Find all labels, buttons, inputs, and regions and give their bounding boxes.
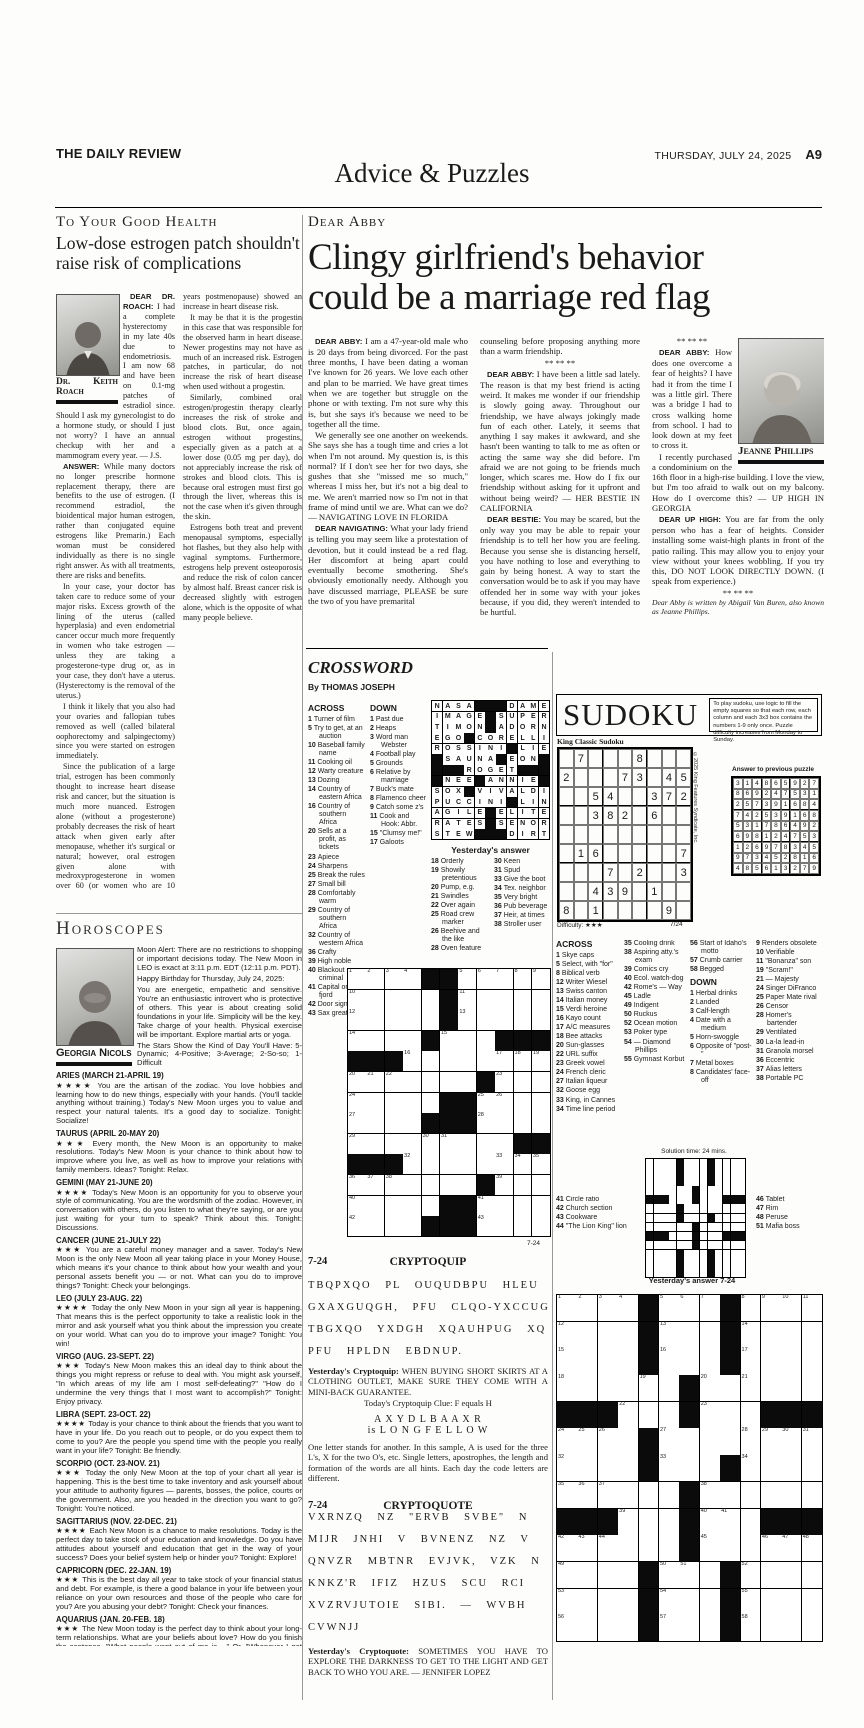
- answer-cell: A: [496, 722, 506, 732]
- column-divider-right: [552, 652, 553, 1700]
- puzzle-cell: [366, 1154, 384, 1174]
- paragraph: In your case, your doctor has taken care…: [56, 582, 175, 701]
- clue-item: 7 Metal boxes: [690, 1060, 752, 1068]
- sudoku-cell: [574, 882, 589, 901]
- puzzle-cell: [677, 1250, 684, 1259]
- sudoku-copyright: ©2025 King Features Syndicate, Inc.: [692, 752, 698, 912]
- answer-cell: E: [464, 776, 474, 786]
- puzzle-cell: [654, 1204, 661, 1213]
- answer-cell: [528, 765, 538, 775]
- sudoku-date: 7/24: [670, 921, 683, 928]
- puzzle-cell: [692, 1168, 699, 1177]
- clue-item: 8 Flamenco cheer: [370, 795, 427, 803]
- answer-cell: R: [432, 819, 442, 829]
- answer-cell: L: [518, 797, 528, 807]
- puzzle-cell: 33: [659, 1455, 679, 1481]
- puzzle-cell: 37: [598, 1482, 618, 1508]
- answer-cell: U: [507, 712, 517, 722]
- answer-cell: N: [496, 776, 506, 786]
- puzzle-cell: 3: [598, 1295, 618, 1321]
- puzzle-cell: [577, 1455, 597, 1481]
- sudoku-cell: 6: [809, 853, 819, 864]
- sudoku-cell: 9: [752, 789, 762, 800]
- clue-item: 11 "Bonanza" son: [756, 958, 822, 966]
- answer-cell: E: [432, 733, 442, 743]
- puzzle-cell: 25: [577, 1428, 597, 1454]
- puzzle-cell: 35: [557, 1482, 577, 1508]
- puzzle-cell: [679, 1589, 699, 1615]
- puzzle-cell: 19: [532, 1051, 550, 1071]
- puzzle-cell: [700, 1241, 707, 1250]
- sudoku-cell: 9: [618, 882, 633, 901]
- puzzle-cell: [598, 1562, 618, 1588]
- puzzle-cell: [646, 1168, 653, 1177]
- horoscope-sign-text: ★★★ Every month, the New Moon is an oppo…: [56, 1140, 302, 1176]
- sudoku-cell: [603, 825, 618, 844]
- answer-cell: I: [528, 797, 538, 807]
- puzzle-cell: [715, 1159, 722, 1168]
- puzzle-cell: 20: [348, 1072, 366, 1092]
- answer-cell: [453, 765, 463, 775]
- puzzle-cell: [661, 1232, 668, 1241]
- puzzle-cell: [598, 1402, 618, 1428]
- sudoku-cell: [647, 901, 662, 920]
- puzzle-cell: [639, 1322, 659, 1348]
- puzzle-cell: 7: [495, 969, 513, 989]
- puzzle-cell: 21: [366, 1072, 384, 1092]
- clue-item: 11 Cooking oil: [308, 759, 365, 767]
- puzzle-cell: [781, 1509, 801, 1535]
- puzzle-cell: [577, 1509, 597, 1535]
- cipher-line: CVWNJJ: [308, 1622, 548, 1633]
- puzzle-cell: [738, 1259, 745, 1268]
- puzzle-cell: [440, 1154, 458, 1174]
- sudoku-cell: 2: [800, 778, 810, 789]
- puzzle-cell: [708, 1232, 715, 1241]
- clue-item: 14 Country of eastern Africa: [308, 786, 365, 802]
- clue-item: 56 Start of Idaho's motto: [690, 940, 752, 956]
- sheffer-down-col5: 41 Circle ratio42 Church section43 Cookw…: [556, 1196, 636, 1288]
- puzzle-cell: [348, 1154, 366, 1174]
- horoscope-sign-name: SCORPIO (OCT. 23-NOV. 21): [56, 1459, 302, 1468]
- clue-item: 23 Apiece: [308, 854, 365, 862]
- sudoku-cell: 3: [752, 853, 762, 864]
- puzzle-cell: [422, 969, 440, 989]
- puzzle-cell: [661, 1241, 668, 1250]
- sudoku-cell: 2: [743, 842, 753, 853]
- clue-item: 33 King, in Cannes: [556, 1097, 618, 1105]
- puzzle-cell: [684, 1195, 691, 1204]
- puzzle-cell: 45: [700, 1535, 720, 1561]
- puzzle-cell: 52: [741, 1562, 761, 1588]
- sudoku-cell: 3: [790, 842, 800, 853]
- clue-item: 41 Circle ratio: [556, 1196, 636, 1204]
- answer-cell: S: [432, 787, 442, 797]
- puzzle-cell: 5: [458, 969, 476, 989]
- puzzle-cell: [669, 1232, 676, 1241]
- sudoku-cell: [647, 768, 662, 787]
- sudoku-cell: [647, 749, 662, 768]
- sudoku-cell: 9: [781, 810, 791, 821]
- dr-roach-caption: Dr. Keith Roach: [56, 378, 118, 398]
- sudoku-cell: 8: [800, 799, 810, 810]
- puzzle-cell: 17: [495, 1051, 513, 1071]
- puzzle-cell: [761, 1455, 781, 1481]
- cryptoquip-lines: TBQPXQO PL OUQUDBPU HLEUGXAXGUQGH, PFU C…: [308, 1280, 548, 1368]
- puzzle-cell: 31: [440, 1134, 458, 1154]
- puzzle-cell: [598, 1509, 618, 1535]
- sudoku-cell: 5: [781, 778, 791, 789]
- dr-roach-photo: [56, 294, 120, 376]
- puzzle-cell: [669, 1223, 676, 1232]
- puzzle-cell: [577, 1348, 597, 1374]
- puzzle-cell: [669, 1259, 676, 1268]
- sudoku-cell: [676, 749, 691, 768]
- answer-cell: I: [496, 797, 506, 807]
- yesterday-caption-text: Yesterday's answer: [649, 1276, 718, 1285]
- sudoku-cell: 1: [743, 778, 753, 789]
- clue-item: 36 Eccentric: [756, 1057, 822, 1065]
- puzzle-cell: [679, 1455, 699, 1481]
- puzzle-cell: 8: [514, 969, 532, 989]
- cryptoquip-title: CRYPTOQUIP: [390, 1256, 467, 1268]
- answer-cell: T: [432, 722, 442, 732]
- sudoku-cell: 8: [559, 901, 574, 920]
- puzzle-cell: [532, 1010, 550, 1030]
- puzzle-cell: 36: [577, 1482, 597, 1508]
- puzzle-cell: [802, 1455, 822, 1481]
- answer-cell: G: [464, 712, 474, 722]
- sudoku-cell: 9: [809, 863, 819, 874]
- puzzle-cell: [731, 1241, 738, 1250]
- sudoku-cell: 7: [771, 842, 781, 853]
- sudoku-cell: 7: [762, 821, 772, 832]
- answer-cell: [485, 722, 495, 732]
- puzzle-cell: 20: [700, 1375, 720, 1401]
- puzzle-cell: [654, 1223, 661, 1232]
- puzzle-cell: [738, 1250, 745, 1259]
- sudoku-instructions: To play sudoku, use logic to fill the em…: [709, 698, 818, 732]
- puzzle-cell: [532, 990, 550, 1010]
- puzzle-cell: 11: [458, 990, 476, 1010]
- clue-item: 12 Warty creature: [308, 768, 365, 776]
- clue-item: 16 Country of southern Africa: [308, 803, 365, 827]
- sudoku-cell: [574, 768, 589, 787]
- clue-item: 3 Calf-length: [690, 1008, 752, 1016]
- clue-item: 3 Word man Webster: [370, 734, 427, 750]
- answer-cell: X: [453, 787, 463, 797]
- puzzle-cell: [781, 1615, 801, 1641]
- puzzle-cell: [677, 1159, 684, 1168]
- sudoku-cell: [574, 901, 589, 920]
- horoscopes-body: Georgia Nicols Moon Alert: There are no …: [56, 946, 302, 1646]
- sudoku-cell: [559, 787, 574, 806]
- puzzle-cell: [720, 1615, 740, 1641]
- puzzle-cell: [646, 1232, 653, 1241]
- clue-item: 25 Paper Mate rival: [756, 994, 822, 1002]
- clue-item: 19 Showily pretentious: [431, 867, 489, 883]
- sudoku-cell: 2: [762, 789, 772, 800]
- answer-cell: M: [453, 722, 463, 732]
- sudoku-cell: [588, 863, 603, 882]
- puzzle-cell: 41: [720, 1509, 740, 1535]
- puzzle-cell: [738, 1168, 745, 1177]
- sudoku-cell: 2: [771, 831, 781, 842]
- puzzle-cell: [403, 1093, 421, 1113]
- puzzle-cell: [731, 1195, 738, 1204]
- puzzle-cell: [700, 1562, 720, 1588]
- puzzle-cell: [646, 1250, 653, 1259]
- sudoku-cell: 7: [743, 853, 753, 864]
- puzzle-cell: [781, 1589, 801, 1615]
- sudoku-cell: 9: [771, 799, 781, 810]
- puzzle-cell: [677, 1259, 684, 1268]
- puzzle-cell: 50: [659, 1562, 679, 1588]
- puzzle-cell: [654, 1241, 661, 1250]
- puzzle-cell: [440, 1175, 458, 1195]
- horoscopes-title: Horoscopes: [56, 918, 165, 940]
- sudoku-cell: [662, 825, 677, 844]
- puzzle-cell: [684, 1186, 691, 1195]
- puzzle-cell: [708, 1204, 715, 1213]
- sudoku-cell: 8: [752, 831, 762, 842]
- puzzle-cell: [422, 1010, 440, 1030]
- clue-item: 8 Candidates' face-off: [690, 1069, 752, 1085]
- cipher-line: KNKZ'R IFIZ HZUS SCU RCI: [308, 1578, 548, 1589]
- puzzle-cell: [802, 1509, 822, 1535]
- abby-bottom-rule: [306, 648, 548, 649]
- puzzle-cell: 14: [348, 1031, 366, 1051]
- puzzle-cell: [639, 1295, 659, 1321]
- puzzle-cell: [385, 1196, 403, 1216]
- puzzle-cell: [514, 990, 532, 1010]
- sudoku-cell: 4: [771, 789, 781, 800]
- jeanne-phillips-photo: [738, 338, 824, 444]
- down-label: DOWN: [370, 704, 427, 714]
- puzzle-cell: 25: [477, 1093, 495, 1113]
- sudoku-cell: [632, 806, 647, 825]
- cipher-line: QNVZR MBTNR EVJVK, VZK N: [308, 1556, 548, 1567]
- puzzle-cell: [458, 1031, 476, 1051]
- clue-item: 9 Catch some z's: [370, 804, 427, 812]
- clue-item: 15 "Clumsy me!": [370, 830, 427, 838]
- puzzle-cell: [715, 1223, 722, 1232]
- sudoku-cell: [559, 825, 574, 844]
- puzzle-cell: 7: [700, 1295, 720, 1321]
- answer-cell: I: [539, 787, 549, 797]
- answer-cell: P: [518, 712, 528, 722]
- puzzle-cell: [700, 1322, 720, 1348]
- puzzle-cell: [781, 1402, 801, 1428]
- sudoku-cell: 3: [781, 863, 791, 874]
- puzzle-cell: [715, 1168, 722, 1177]
- puzzle-cell: [761, 1402, 781, 1428]
- sudoku-cell: 8: [603, 806, 618, 825]
- puzzle-cell: [669, 1186, 676, 1195]
- answer-cell: M: [528, 701, 538, 711]
- puzzle-cell: [731, 1177, 738, 1186]
- puzzle-cell: [677, 1214, 684, 1223]
- puzzle-cell: [661, 1159, 668, 1168]
- puzzle-cell: 1: [557, 1295, 577, 1321]
- puzzle-cell: 39: [618, 1509, 638, 1535]
- puzzle-cell: [646, 1204, 653, 1213]
- puzzle-cell: [495, 1113, 513, 1133]
- puzzle-cell: [720, 1428, 740, 1454]
- puzzle-cell: [440, 969, 458, 989]
- clue-item: 9 Renders obsolete: [756, 940, 822, 948]
- puzzle-cell: [458, 1113, 476, 1133]
- puzzle-cell: [761, 1562, 781, 1588]
- clue-item: 50 Ruckus: [624, 1011, 686, 1019]
- puzzle-cell: [781, 1322, 801, 1348]
- puzzle-cell: [366, 1216, 384, 1236]
- sudoku-cell: 6: [733, 831, 743, 842]
- cryptogram-explainer: One letter stands for another. In this s…: [308, 1442, 548, 1483]
- horoscope-sign-text: ★★★★ Today is your chance to think about…: [56, 1420, 302, 1456]
- puzzle-cell: [440, 1216, 458, 1236]
- answer-cell: [496, 829, 506, 839]
- answer-cell: N: [518, 819, 528, 829]
- sudoku-cell: [588, 768, 603, 787]
- sudoku-cell: 7: [809, 778, 819, 789]
- puzzle-cell: 51: [679, 1562, 699, 1588]
- puzzle-cell: [440, 1010, 458, 1030]
- tj-date-code: 7-24: [527, 1240, 540, 1247]
- puzzle-cell: [514, 1134, 532, 1154]
- puzzle-cell: [715, 1250, 722, 1259]
- puzzle-cell: [646, 1177, 653, 1186]
- puzzle-cell: [577, 1322, 597, 1348]
- puzzle-cell: [677, 1204, 684, 1213]
- clue-item: 20 Sells at a profit, as tickets: [308, 828, 365, 852]
- clue-item: 21 — Majesty: [756, 976, 822, 984]
- answer-cell: [539, 754, 549, 764]
- sudoku-cell: 1: [800, 853, 810, 864]
- puzzle-cell: [598, 1375, 618, 1401]
- puzzle-cell: [761, 1615, 781, 1641]
- down-label: DOWN: [690, 978, 752, 988]
- newspaper-page: THE DAILY REVIEW THURSDAY, JULY 24, 2025…: [0, 0, 864, 1728]
- puzzle-cell: 4: [403, 969, 421, 989]
- puzzle-cell: [720, 1402, 740, 1428]
- puzzle-cell: [802, 1348, 822, 1374]
- sudoku-cell: [662, 749, 677, 768]
- clue-item: 44 "The Lion King" lion: [556, 1223, 636, 1231]
- puzzle-cell: [720, 1589, 740, 1615]
- clue-item: 22 URL suffix: [556, 1051, 618, 1059]
- puzzle-cell: [557, 1509, 577, 1535]
- answer-cell: N: [443, 776, 453, 786]
- sudoku-cell: 5: [800, 831, 810, 842]
- sudoku-cell: 4: [603, 787, 618, 806]
- sudoku-cell: [603, 844, 618, 863]
- sudoku-cell: 5: [752, 863, 762, 874]
- answer-cell: E: [539, 808, 549, 818]
- answer-cell: A: [507, 787, 517, 797]
- sudoku-cell: 7: [662, 787, 677, 806]
- puzzle-cell: [708, 1214, 715, 1223]
- answer-cell: E: [507, 754, 517, 764]
- puzzle-cell: 16: [403, 1051, 421, 1071]
- puzzle-cell: [422, 1154, 440, 1174]
- answer-cell: [496, 701, 506, 711]
- paragraph: ** ** **: [480, 358, 640, 368]
- answer-cell: R: [528, 722, 538, 732]
- georgia-nicols-photo: [56, 948, 134, 1046]
- puzzle-cell: [495, 1031, 513, 1051]
- clue-item: 30 Keen: [494, 858, 550, 866]
- cryptoquote-title: CRYPTOQUOTE: [383, 1500, 472, 1512]
- answer-cell: N: [528, 754, 538, 764]
- horoscope-sign-text: ★★★ Today's New Moon makes this an ideal…: [56, 1362, 302, 1407]
- horoscope-signs: ARIES (MARCH 21-APRIL 19)★★★★ You are th…: [56, 1071, 302, 1646]
- sudoku-cell: 1: [809, 789, 819, 800]
- across-label: ACROSS: [308, 704, 365, 714]
- puzzle-cell: [692, 1250, 699, 1259]
- sudoku-cell: 6: [781, 821, 791, 832]
- sudoku-cell: 7: [603, 863, 618, 882]
- puzzle-cell: [654, 1214, 661, 1223]
- sudoku-cell: 3: [588, 806, 603, 825]
- puzzle-cell: [661, 1204, 668, 1213]
- puzzle-cell: [514, 1113, 532, 1133]
- answer-cell: T: [528, 808, 538, 818]
- puzzle-cell: [684, 1232, 691, 1241]
- paragraph: DEAR ABBY: I am a 47-year-old male who i…: [308, 336, 468, 429]
- answer-cell: G: [485, 765, 495, 775]
- puzzle-cell: [738, 1195, 745, 1204]
- sudoku-cell: [603, 749, 618, 768]
- answer-cell: I: [485, 787, 495, 797]
- puzzle-cell: [514, 1093, 532, 1113]
- answer-cell: W: [464, 829, 474, 839]
- answer-cell: [507, 744, 517, 754]
- puzzle-cell: [661, 1168, 668, 1177]
- puzzle-cell: [708, 1259, 715, 1268]
- sudoku-cell: 3: [603, 882, 618, 901]
- puzzle-cell: [720, 1535, 740, 1561]
- clue-item: 15 Verdi heroine: [556, 1006, 618, 1014]
- sudoku-cell: 2: [618, 806, 633, 825]
- clue-item: 47 Rim: [756, 1205, 822, 1213]
- puzzle-cell: 21: [741, 1375, 761, 1401]
- answer-cell: [464, 733, 474, 743]
- sudoku-cell: [574, 825, 589, 844]
- puzzle-cell: [677, 1186, 684, 1195]
- puzzle-cell: [403, 990, 421, 1010]
- puzzle-cell: [715, 1259, 722, 1268]
- puzzle-cell: 34: [741, 1455, 761, 1481]
- puzzle-cell: [669, 1250, 676, 1259]
- puzzle-cell: [708, 1223, 715, 1232]
- puzzle-cell: [738, 1232, 745, 1241]
- puzzle-cell: [366, 990, 384, 1010]
- clue-item: 5 Try to get, at an auction: [308, 725, 365, 741]
- answer-cell: N: [432, 701, 442, 711]
- answer-cell: P: [432, 797, 442, 807]
- answer-cell: [496, 754, 506, 764]
- answer-cell: M: [443, 712, 453, 722]
- clue-item: 37 Alias letters: [756, 1066, 822, 1074]
- puzzle-cell: [684, 1214, 691, 1223]
- puzzle-cell: [731, 1186, 738, 1195]
- puzzle-cell: [684, 1259, 691, 1268]
- puzzle-cell: [738, 1177, 745, 1186]
- sheffer-yesterday-grid: [645, 1158, 746, 1278]
- answer-cell: N: [485, 744, 495, 754]
- puzzle-cell: [403, 1031, 421, 1051]
